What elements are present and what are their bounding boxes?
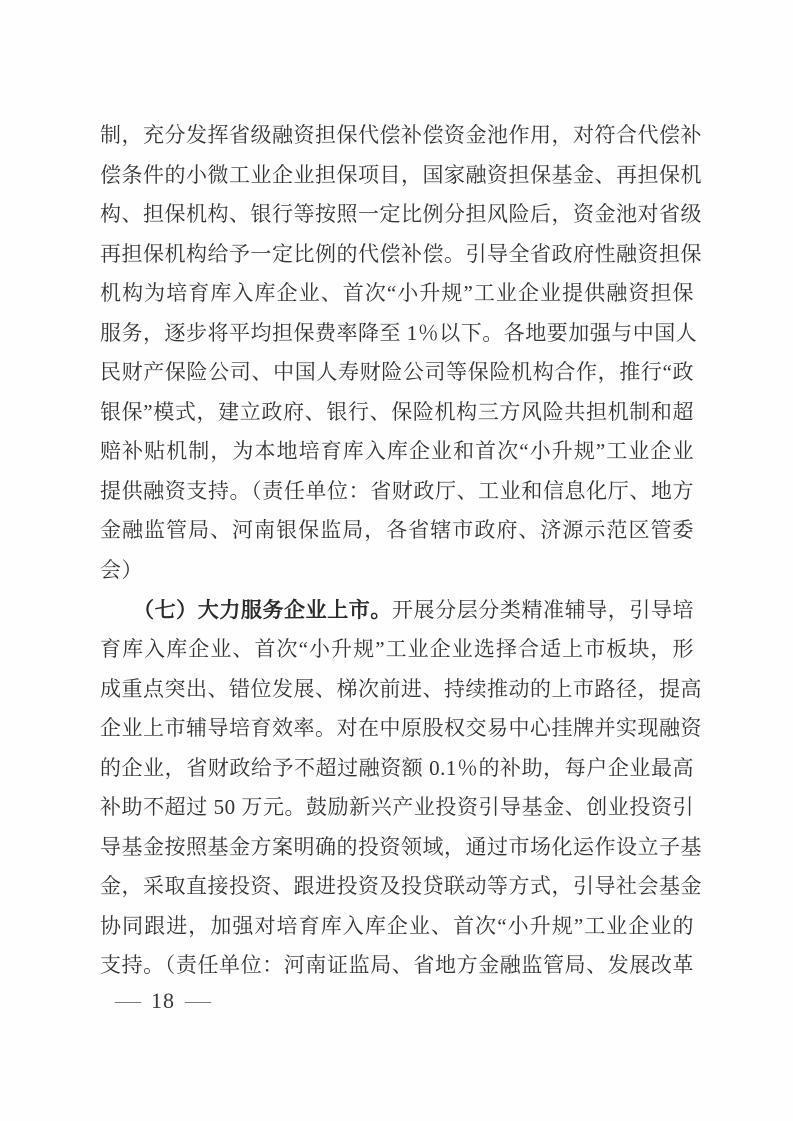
- text-line: 赔补贴机制，为本地培育库入库企业和首次“小升规”工业企业: [100, 432, 694, 472]
- text-line: 银保”模式，建立政府、银行、保险机构三方风险共担机制和超: [100, 393, 694, 433]
- text-line: 金融监管局、河南银保监局，各省辖市政府、济源示范区管委: [100, 511, 694, 551]
- section-7-text: 开展分层分类精准辅导，引导培: [392, 598, 694, 622]
- page-footer: — 18 —: [118, 986, 208, 1016]
- page-number-dash-right: —: [185, 986, 211, 1016]
- text-line: 补助不超过 50 万元。鼓励新兴产业投资引导基金、创业投资引: [100, 788, 694, 828]
- text-line: 的企业，省财政给予不超过融资额 0.1％的补助，每户企业最高: [100, 749, 694, 789]
- text-line: 支持。（责任单位：河南证监局、省地方金融监管局、发展改革: [100, 946, 694, 986]
- page-number-dash-left: —: [115, 986, 141, 1016]
- page-number: 18: [151, 986, 175, 1016]
- text-line: 导基金按照基金方案明确的投资领域，通过市场化运作设立子基: [100, 828, 694, 868]
- text-line: 金，采取直接投资、跟进投资及投贷联动等方式，引导社会基金: [100, 867, 694, 907]
- text-line: 成重点突出、错位发展、梯次前进、持续推动的上市路径，提高: [100, 670, 694, 710]
- text-line: 制，充分发挥省级融资担保代偿补偿资金池作用，对符合代偿补: [100, 116, 694, 156]
- text-line: 育库入库企业、首次“小升规”工业企业选择合适上市板块，形: [100, 630, 694, 670]
- text-line: 机构为培育库入库企业、首次“小升规”工业企业提供融资担保: [100, 274, 694, 314]
- paragraph-end-line: 会）: [100, 551, 694, 591]
- section-7-heading: （七）大力服务企业上市。: [133, 598, 392, 622]
- section-7-first-line: （七）大力服务企业上市。开展分层分类精准辅导，引导培: [100, 591, 694, 631]
- document-body: 制，充分发挥省级融资担保代偿补偿资金池作用，对符合代偿补 偿条件的小微工业企业担…: [100, 116, 694, 986]
- text-line: 构、担保机构、银行等按照一定比例分担风险后，资金池对省级: [100, 195, 694, 235]
- text-line: 企业上市辅导培育效率。对在中原股权交易中心挂牌并实现融资: [100, 709, 694, 749]
- document-page: 制，充分发挥省级融资担保代偿补偿资金池作用，对符合代偿补 偿条件的小微工业企业担…: [0, 0, 793, 1121]
- text-line: 服务，逐步将平均担保费率降至 1％以下。各地要加强与中国人: [100, 314, 694, 354]
- text-line: 协同跟进，加强对培育库入库企业、首次“小升规”工业企业的: [100, 907, 694, 947]
- text-line: 再担保机构给予一定比例的代偿补偿。引导全省政府性融资担保: [100, 235, 694, 275]
- text-line: 民财产保险公司、中国人寿财险公司等保险机构合作，推行“政: [100, 353, 694, 393]
- text-line: 偿条件的小微工业企业担保项目，国家融资担保基金、再担保机: [100, 156, 694, 196]
- text-line: 提供融资支持。（责任单位：省财政厅、工业和信息化厅、地方: [100, 472, 694, 512]
